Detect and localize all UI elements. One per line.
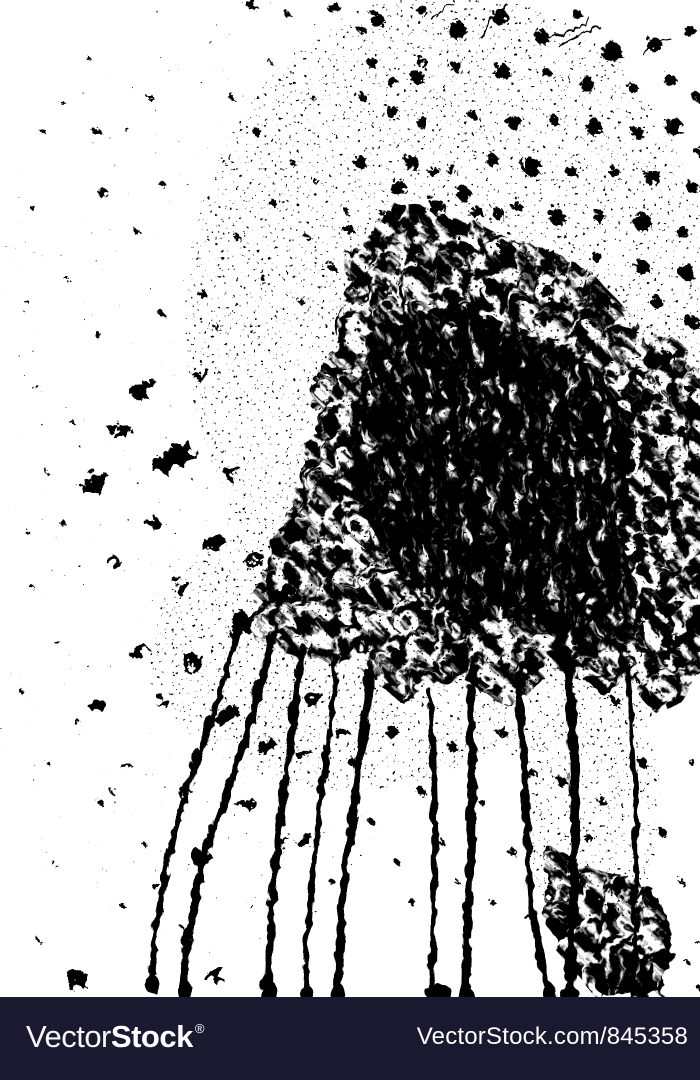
logo-text-vector: Vector <box>26 1019 111 1054</box>
registered-trademark-symbol: ® <box>195 1021 204 1036</box>
ink-splatter-artwork <box>0 0 700 997</box>
watermark-bar: VectorStock® VectorStock.com/845358 <box>0 997 700 1080</box>
logo-text-stock: Stock <box>111 1019 193 1054</box>
vectorstock-logo: VectorStock® <box>26 1021 204 1052</box>
stock-image-page: VectorStock® VectorStock.com/845358 <box>0 0 700 1080</box>
watermark-url: VectorStock.com/845358 <box>417 1025 688 1049</box>
ink-splatter-graphic <box>0 0 700 997</box>
